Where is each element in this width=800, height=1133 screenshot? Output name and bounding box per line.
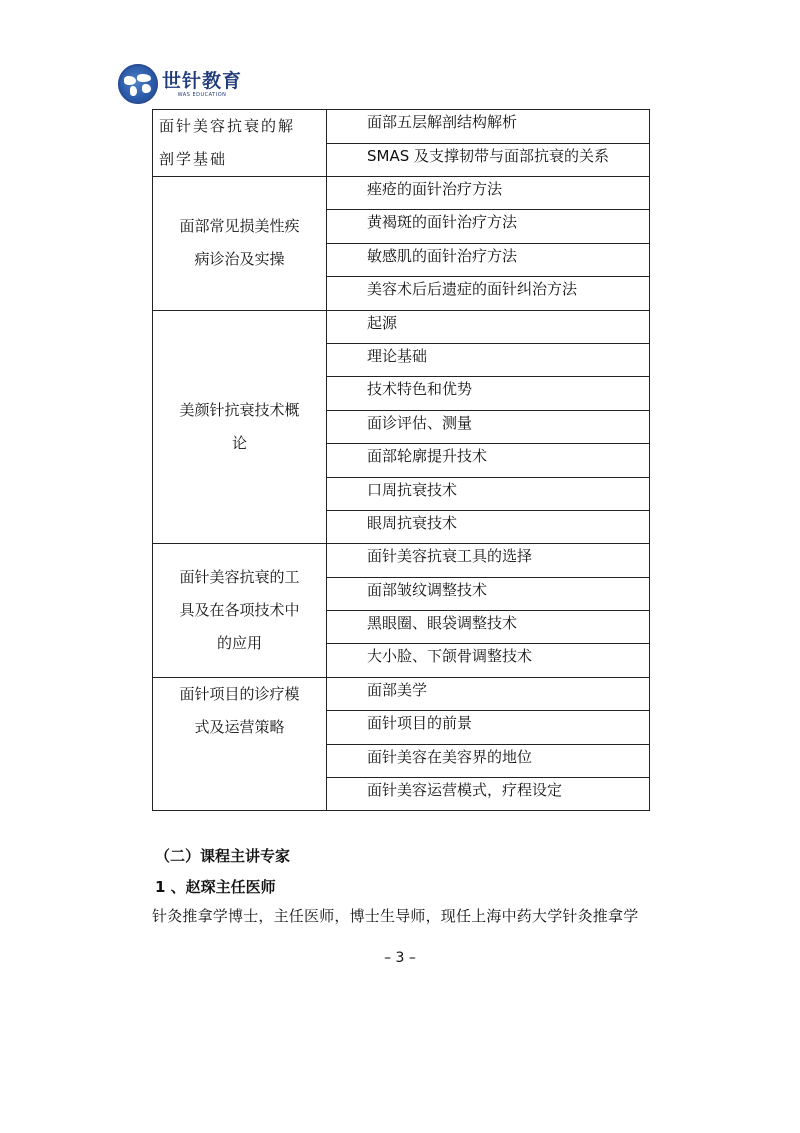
category-line: 面部常见损美性疾 — [159, 210, 320, 243]
item-cell: 口周抗衰技术 — [327, 477, 650, 510]
expert-heading: 1 、赵琛主任医师 — [155, 876, 276, 897]
item-cell: 面部五层解剖结构解析 — [327, 110, 650, 144]
item-cell: 技术特色和优势 — [327, 377, 650, 410]
category-line: 面针项目的诊疗模 — [159, 678, 320, 711]
category-line: 面针美容抗衰的工 — [159, 561, 320, 594]
category-cell: 面针项目的诊疗模 式及运营策略 — [153, 677, 327, 811]
item-cell: 面部美学 — [327, 677, 650, 710]
category-cell: 面部常见损美性疾 病诊治及实操 — [153, 177, 327, 311]
item-cell: 面针美容在美容界的地位 — [327, 744, 650, 777]
course-table: 面针美容抗衰的解 剖学基础 面部五层解剖结构解析 SMAS 及支撑韧带与面部抗衰… — [152, 109, 650, 811]
table-row: 面针美容抗衰的解 剖学基础 面部五层解剖结构解析 — [153, 110, 650, 144]
category-line: 剖学基础 — [159, 143, 320, 176]
table-row: 面部常见损美性疾 病诊治及实操 痤疮的面针治疗方法 — [153, 177, 650, 210]
item-cell: 面针美容抗衰工具的选择 — [327, 544, 650, 577]
logo-subtitle: WAS EDUCATION — [178, 92, 227, 99]
table-row: 美颜针抗衰技术概 论 起源 — [153, 310, 650, 343]
item-cell: 眼周抗衰技术 — [327, 510, 650, 543]
section-heading: （二）课程主讲专家 — [155, 845, 290, 866]
item-cell: 理论基础 — [327, 343, 650, 376]
category-line: 论 — [159, 427, 320, 460]
expert-paragraph: 针灸推拿学博士，主任医师，博士生导师，现任上海中药大学针灸推拿学 — [152, 905, 638, 926]
page-number: – 3 – — [0, 950, 800, 966]
item-cell: 敏感肌的面针治疗方法 — [327, 243, 650, 276]
category-line: 的应用 — [159, 627, 320, 660]
item-cell: 面针美容运营模式，疗程设定 — [327, 778, 650, 811]
item-cell: 面部轮廓提升技术 — [327, 444, 650, 477]
category-line: 式及运营策略 — [159, 711, 320, 744]
item-cell: 黄褐斑的面针治疗方法 — [327, 210, 650, 243]
category-cell: 面针美容抗衰的工 具及在各项技术中 的应用 — [153, 544, 327, 678]
table-row: 面针美容抗衰的工 具及在各项技术中 的应用 面针美容抗衰工具的选择 — [153, 544, 650, 577]
category-line: 美颜针抗衰技术概 — [159, 394, 320, 427]
category-cell: 美颜针抗衰技术概 论 — [153, 310, 327, 544]
item-cell: 起源 — [327, 310, 650, 343]
category-cell: 面针美容抗衰的解 剖学基础 — [153, 110, 327, 177]
logo: 世针教育 WAS EDUCATION — [118, 64, 242, 104]
category-line: 具及在各项技术中 — [159, 594, 320, 627]
item-cell: 面部皱纹调整技术 — [327, 577, 650, 610]
item-cell: 面诊评估、测量 — [327, 410, 650, 443]
item-cell: 痤疮的面针治疗方法 — [327, 177, 650, 210]
logo-title: 世针教育 — [162, 70, 242, 92]
globe-logo-icon — [118, 64, 158, 104]
table-row: 面针项目的诊疗模 式及运营策略 面部美学 — [153, 677, 650, 710]
category-line: 病诊治及实操 — [159, 243, 320, 276]
item-cell: 黑眼圈、眼袋调整技术 — [327, 611, 650, 644]
item-cell: SMAS 及支撑韧带与面部抗衰的关系 — [327, 143, 650, 177]
category-line: 面针美容抗衰的解 — [159, 110, 320, 143]
item-cell: 美容术后后遗症的面针纠治方法 — [327, 277, 650, 310]
item-cell: 面针项目的前景 — [327, 711, 650, 744]
item-cell: 大小脸、下颌骨调整技术 — [327, 644, 650, 677]
